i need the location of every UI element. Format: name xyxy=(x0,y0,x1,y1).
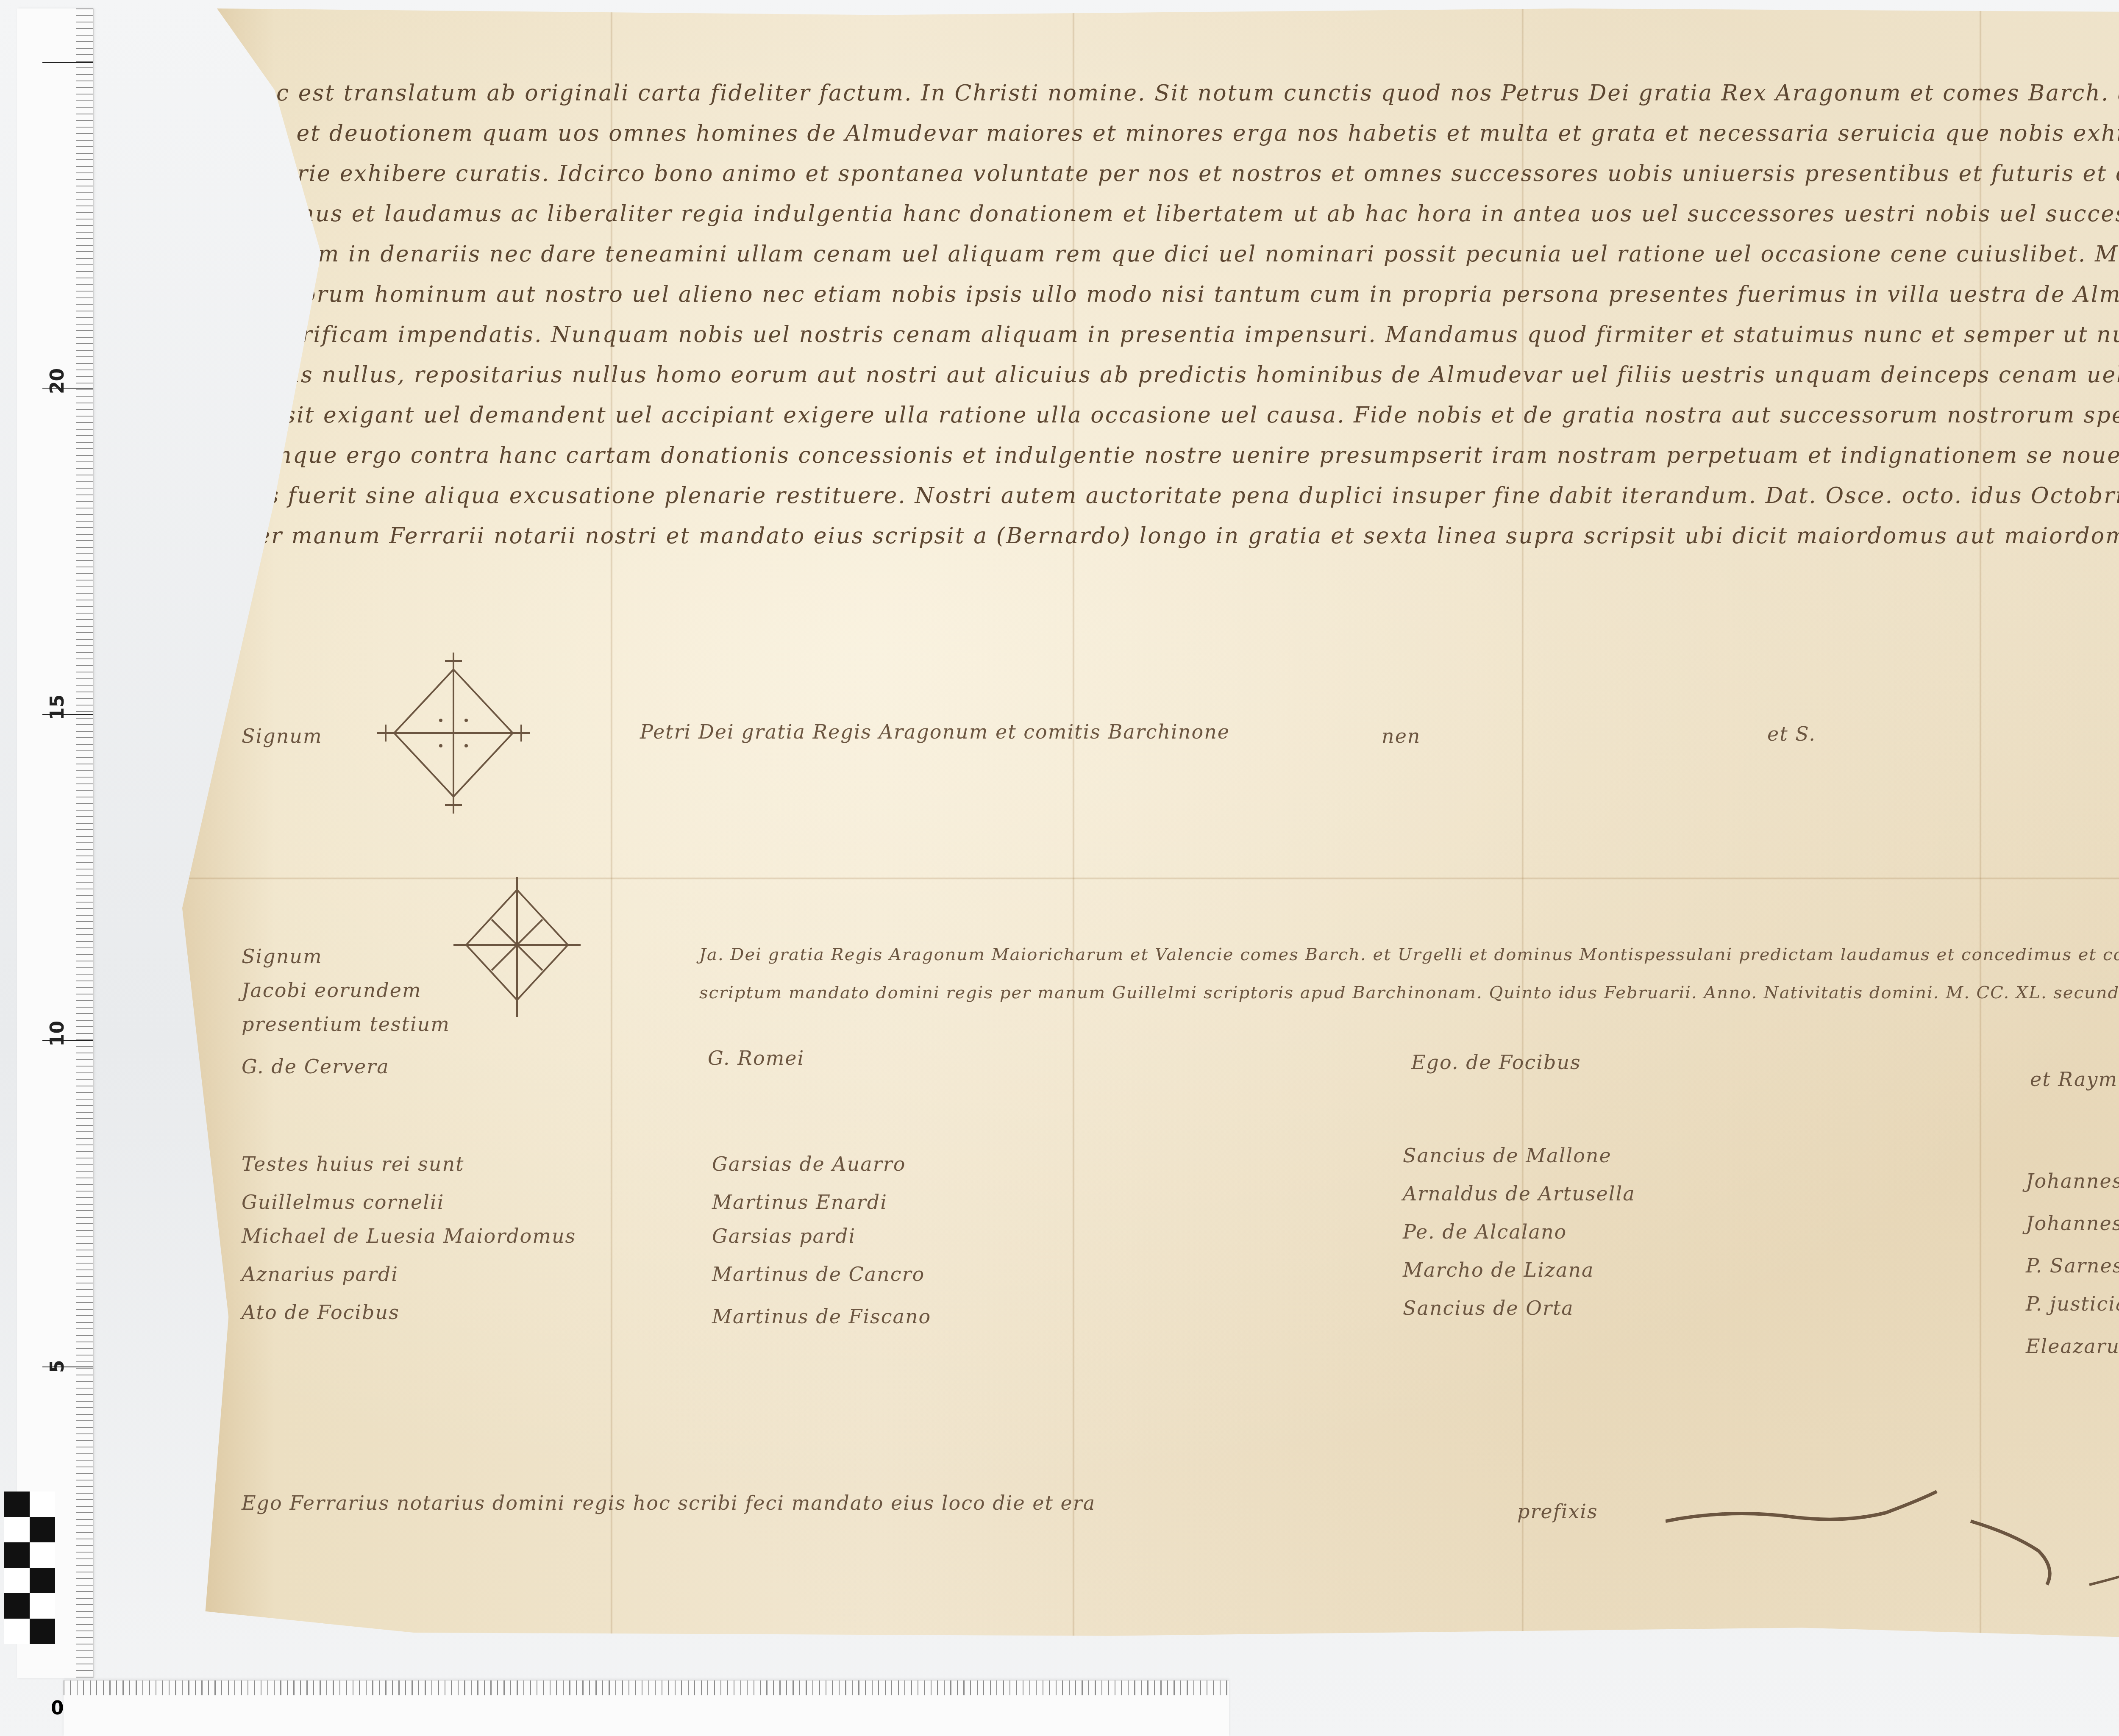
witness-name: Ego. de Focibus xyxy=(1411,1051,1581,1074)
witness-name: Johannes pectaninus xyxy=(2026,1169,2119,1192)
charter-line: uel eorum hominum aut nostro uel alieno … xyxy=(242,282,2119,307)
scale-checker-white xyxy=(30,1492,55,1517)
ruler-label-20: 20 xyxy=(47,368,68,394)
charter-line: cedimus et laudamus ac liberaliter regia… xyxy=(242,201,2119,227)
witness-name: Garsias de Auarro xyxy=(712,1153,906,1175)
charter-line: aliquam in denariis nec dare teneamini u… xyxy=(242,242,2119,267)
witness-name: P. justicia Tirasone xyxy=(2026,1292,2119,1315)
witness-name: Ato de Focibus xyxy=(242,1301,400,1324)
witness-name: Guillelmus cornelii xyxy=(242,1191,444,1214)
scale-checker-white xyxy=(30,1542,55,1568)
confirmation-text-line: scriptum mandato domini regis per manum … xyxy=(699,983,2119,1003)
signum-cross-monogram-icon xyxy=(453,873,581,1025)
witness-name: G. Romei xyxy=(708,1047,804,1069)
ruler-major-tick xyxy=(42,388,93,389)
signum-cross-monogram-icon xyxy=(377,644,530,822)
royal-signature-text: Petri Dei gratia Regis Aragonum et comit… xyxy=(640,720,1230,743)
scale-checker-black xyxy=(4,1593,30,1619)
witness-name: Garsias pardi xyxy=(712,1225,856,1247)
witness-name: G. de Cervera xyxy=(242,1055,389,1078)
scale-checker-white xyxy=(30,1593,55,1619)
side-note: presentium testium xyxy=(242,1013,450,1036)
signum-label: Signum xyxy=(242,945,323,968)
witness-name: Arnaldus de Artusella xyxy=(1403,1182,1635,1205)
witness-name: Martinus de Fiscano xyxy=(712,1305,931,1328)
witness-name: Aznarius pardi xyxy=(242,1263,398,1286)
witness-name: Sancius de Mallone xyxy=(1403,1144,1612,1167)
witness-name: Martinus Enardi xyxy=(712,1191,887,1214)
ruler-ticks xyxy=(76,8,93,1678)
scale-checker-black xyxy=(30,1517,55,1542)
scale-checker-white xyxy=(4,1619,30,1644)
charter-line: fierus nullus, repositarius nullus homo … xyxy=(242,362,2119,388)
marginal-note: nen xyxy=(1382,725,1421,747)
charter-line: per manum Ferrarii notarii nostri et man… xyxy=(242,523,2119,549)
ruler-major-tick xyxy=(42,1367,93,1367)
charter-line: Hec est translatum ab originali carta fi… xyxy=(242,81,2119,106)
witness-name: Marcho de Lizana xyxy=(1403,1258,1594,1281)
witnesses-header: Testes huius rei sunt xyxy=(242,1153,464,1175)
scale-checker-black xyxy=(4,1542,30,1568)
notary-closing-suffix: prefixis xyxy=(1517,1500,1598,1523)
charter-line: possit exigant uel demandent uel accipia… xyxy=(242,403,2119,428)
witness-name: Martinus de Cancro xyxy=(712,1263,925,1286)
witness-name: Johannes de Bigeres xyxy=(2026,1212,2119,1235)
ruler-label-0: 0 xyxy=(51,1697,64,1719)
notary-flourish-icon xyxy=(1666,1483,2119,1593)
charter-line: tus fuerit sine aliqua excusatione plena… xyxy=(242,483,2119,508)
witness-name: Michael de Luesia Maiordomus xyxy=(242,1225,576,1247)
ruler-major-tick xyxy=(42,714,93,715)
scale-checker-white xyxy=(4,1517,30,1542)
confirmation-text-line: Ja. Dei gratia Regis Aragonum Maiorichar… xyxy=(699,945,2119,964)
signum-label: Signum xyxy=(242,725,323,747)
horizontal-scale-ruler: 0 xyxy=(64,1680,1229,1736)
charter-line: cumque ergo contra hanc cartam donationi… xyxy=(242,443,2119,468)
side-note: Jacobi eorundem xyxy=(242,979,422,1002)
parchment-charter: Hec est translatum ab originali carta fi… xyxy=(182,8,2119,1644)
witness-name: Sancius de Orta xyxy=(1403,1297,1574,1319)
scale-checker-white xyxy=(4,1568,30,1593)
charter-line: honorificam impendatis. Nunquam nobis ue… xyxy=(242,322,2119,347)
abbreviation-mark: et S. xyxy=(1767,722,1816,745)
vertical-scale-ruler: 20 15 10 5 xyxy=(17,8,94,1678)
charter-line: tem et deuotionem quam uos omnes homines… xyxy=(242,121,2119,146)
ruler-label-15: 15 xyxy=(47,694,68,720)
witness-name: et Raymundo de pulcro loco xyxy=(2030,1068,2119,1091)
notary-closing-line: Ego Ferrarius notarius domini regis hoc … xyxy=(242,1492,1096,1514)
ruler-label-10: 10 xyxy=(47,1021,68,1047)
scale-checker-black xyxy=(30,1568,55,1593)
ruler-major-tick xyxy=(42,1040,93,1041)
witness-name: Eleazarus rep. arag. xyxy=(2026,1335,2119,1358)
charter-line: untarie exhibere curatis. Idcirco bono a… xyxy=(242,161,2119,186)
ruler-ticks xyxy=(64,1680,1229,1695)
scale-checker-black xyxy=(30,1619,55,1644)
witness-name: P. Sarnesse justicia Osce xyxy=(2026,1254,2119,1277)
ruler-major-tick xyxy=(42,62,93,63)
witness-name: Pe. de Alcalano xyxy=(1403,1220,1567,1243)
scale-checker-black xyxy=(4,1492,30,1517)
